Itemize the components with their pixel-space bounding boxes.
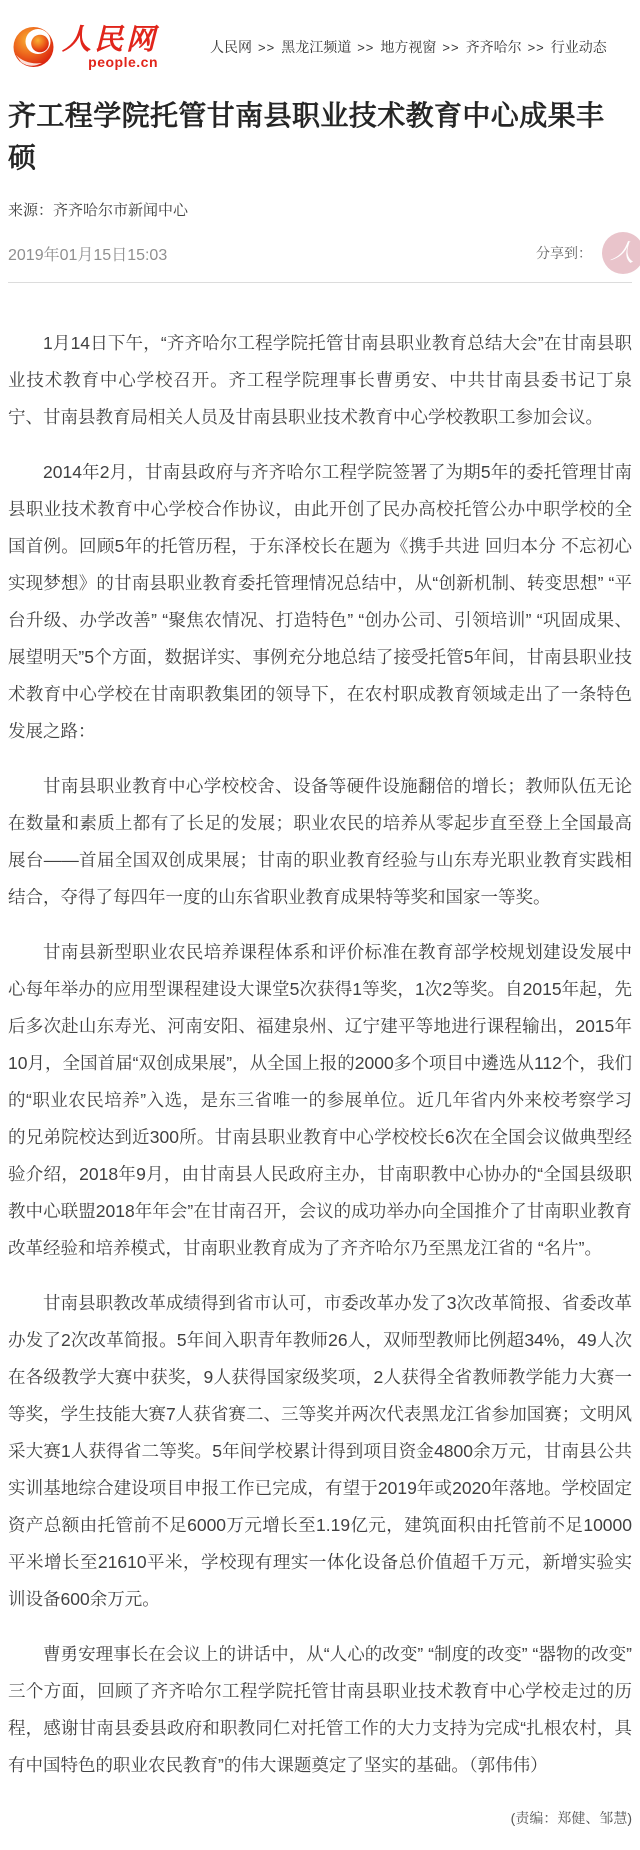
article-paragraph: 1月14日下午，“齐齐哈尔工程学院托管甘南县职业教育总结大会”在甘南县职业技术教… [8,325,632,436]
article-body: 1月14日下午，“齐齐哈尔工程学院托管甘南县职业教育总结大会”在甘南县职业技术教… [0,283,640,1784]
people-share-icon[interactable]: 人 [602,232,640,274]
article-page: 人民网 people.cn 人民网>>黑龙江频道>>地方视窗>>齐齐哈尔>>行业… [0,0,640,1850]
article-paragraph: 2014年2月，甘南县政府与齐齐哈尔工程学院签署了为期5年的委托管理甘南县职业技… [8,454,632,750]
peoplecn-globe-icon [12,25,56,69]
brand-chinese: 人民网 [62,24,158,54]
breadcrumb: 人民网>>黑龙江频道>>地方视窗>>齐齐哈尔>>行业动态 [210,37,607,57]
breadcrumb-separator: >> [258,40,275,55]
breadcrumb-item-qiqihar[interactable]: 齐齐哈尔 [466,39,522,55]
article-paragraph: 曹勇安理事长在会议上的讲话中，从“人心的改变” “制度的改变” “器物的改变”三… [8,1636,632,1784]
article-title: 齐工程学院托管甘南县职业技术教育中心成果丰硕 [0,89,640,179]
brand-domain: people.cn [62,55,158,69]
peoplecn-brand-text: 人民网 people.cn [62,24,158,69]
editor-note: (责编：郑健、邹慧) [0,1802,640,1850]
article-date: 2019年01月15日15:03 [8,242,167,265]
peoplecn-logo[interactable]: 人民网 people.cn [12,24,158,69]
breadcrumb-item-peoplecn[interactable]: 人民网 [210,39,252,55]
article-paragraph: 甘南县职教改革成绩得到省市认可，市委改革办发了3次改革简报、省委改革办发了2次改… [8,1285,632,1618]
article-paragraph: 甘南县新型职业农民培养课程体系和评价标准在教育部学校规划建设发展中心每年举办的应… [8,934,632,1267]
article-paragraph: 甘南县职业教育中心学校校舍、设备等硬件设施翻倍的增长；教师队伍无论在数量和素质上… [8,768,632,916]
article-source: 来源：齐齐哈尔市新闻中心 [0,179,640,220]
breadcrumb-item-hangye[interactable]: 行业动态 [551,39,607,55]
breadcrumb-item-difang[interactable]: 地方视窗 [380,39,436,55]
meta-bar: 2019年01月15日15:03 分享到： 人 [0,230,640,276]
site-header: 人民网 people.cn 人民网>>黑龙江频道>>地方视窗>>齐齐哈尔>>行业… [0,0,640,89]
breadcrumb-item-heilongjiang[interactable]: 黑龙江频道 [281,39,351,55]
breadcrumb-separator: >> [357,40,374,55]
breadcrumb-separator: >> [528,40,545,55]
share-box: 分享到： 人 [536,232,640,274]
share-label: 分享到： [536,243,592,263]
breadcrumb-separator: >> [442,40,459,55]
people-share-glyph: 人 [610,238,637,265]
